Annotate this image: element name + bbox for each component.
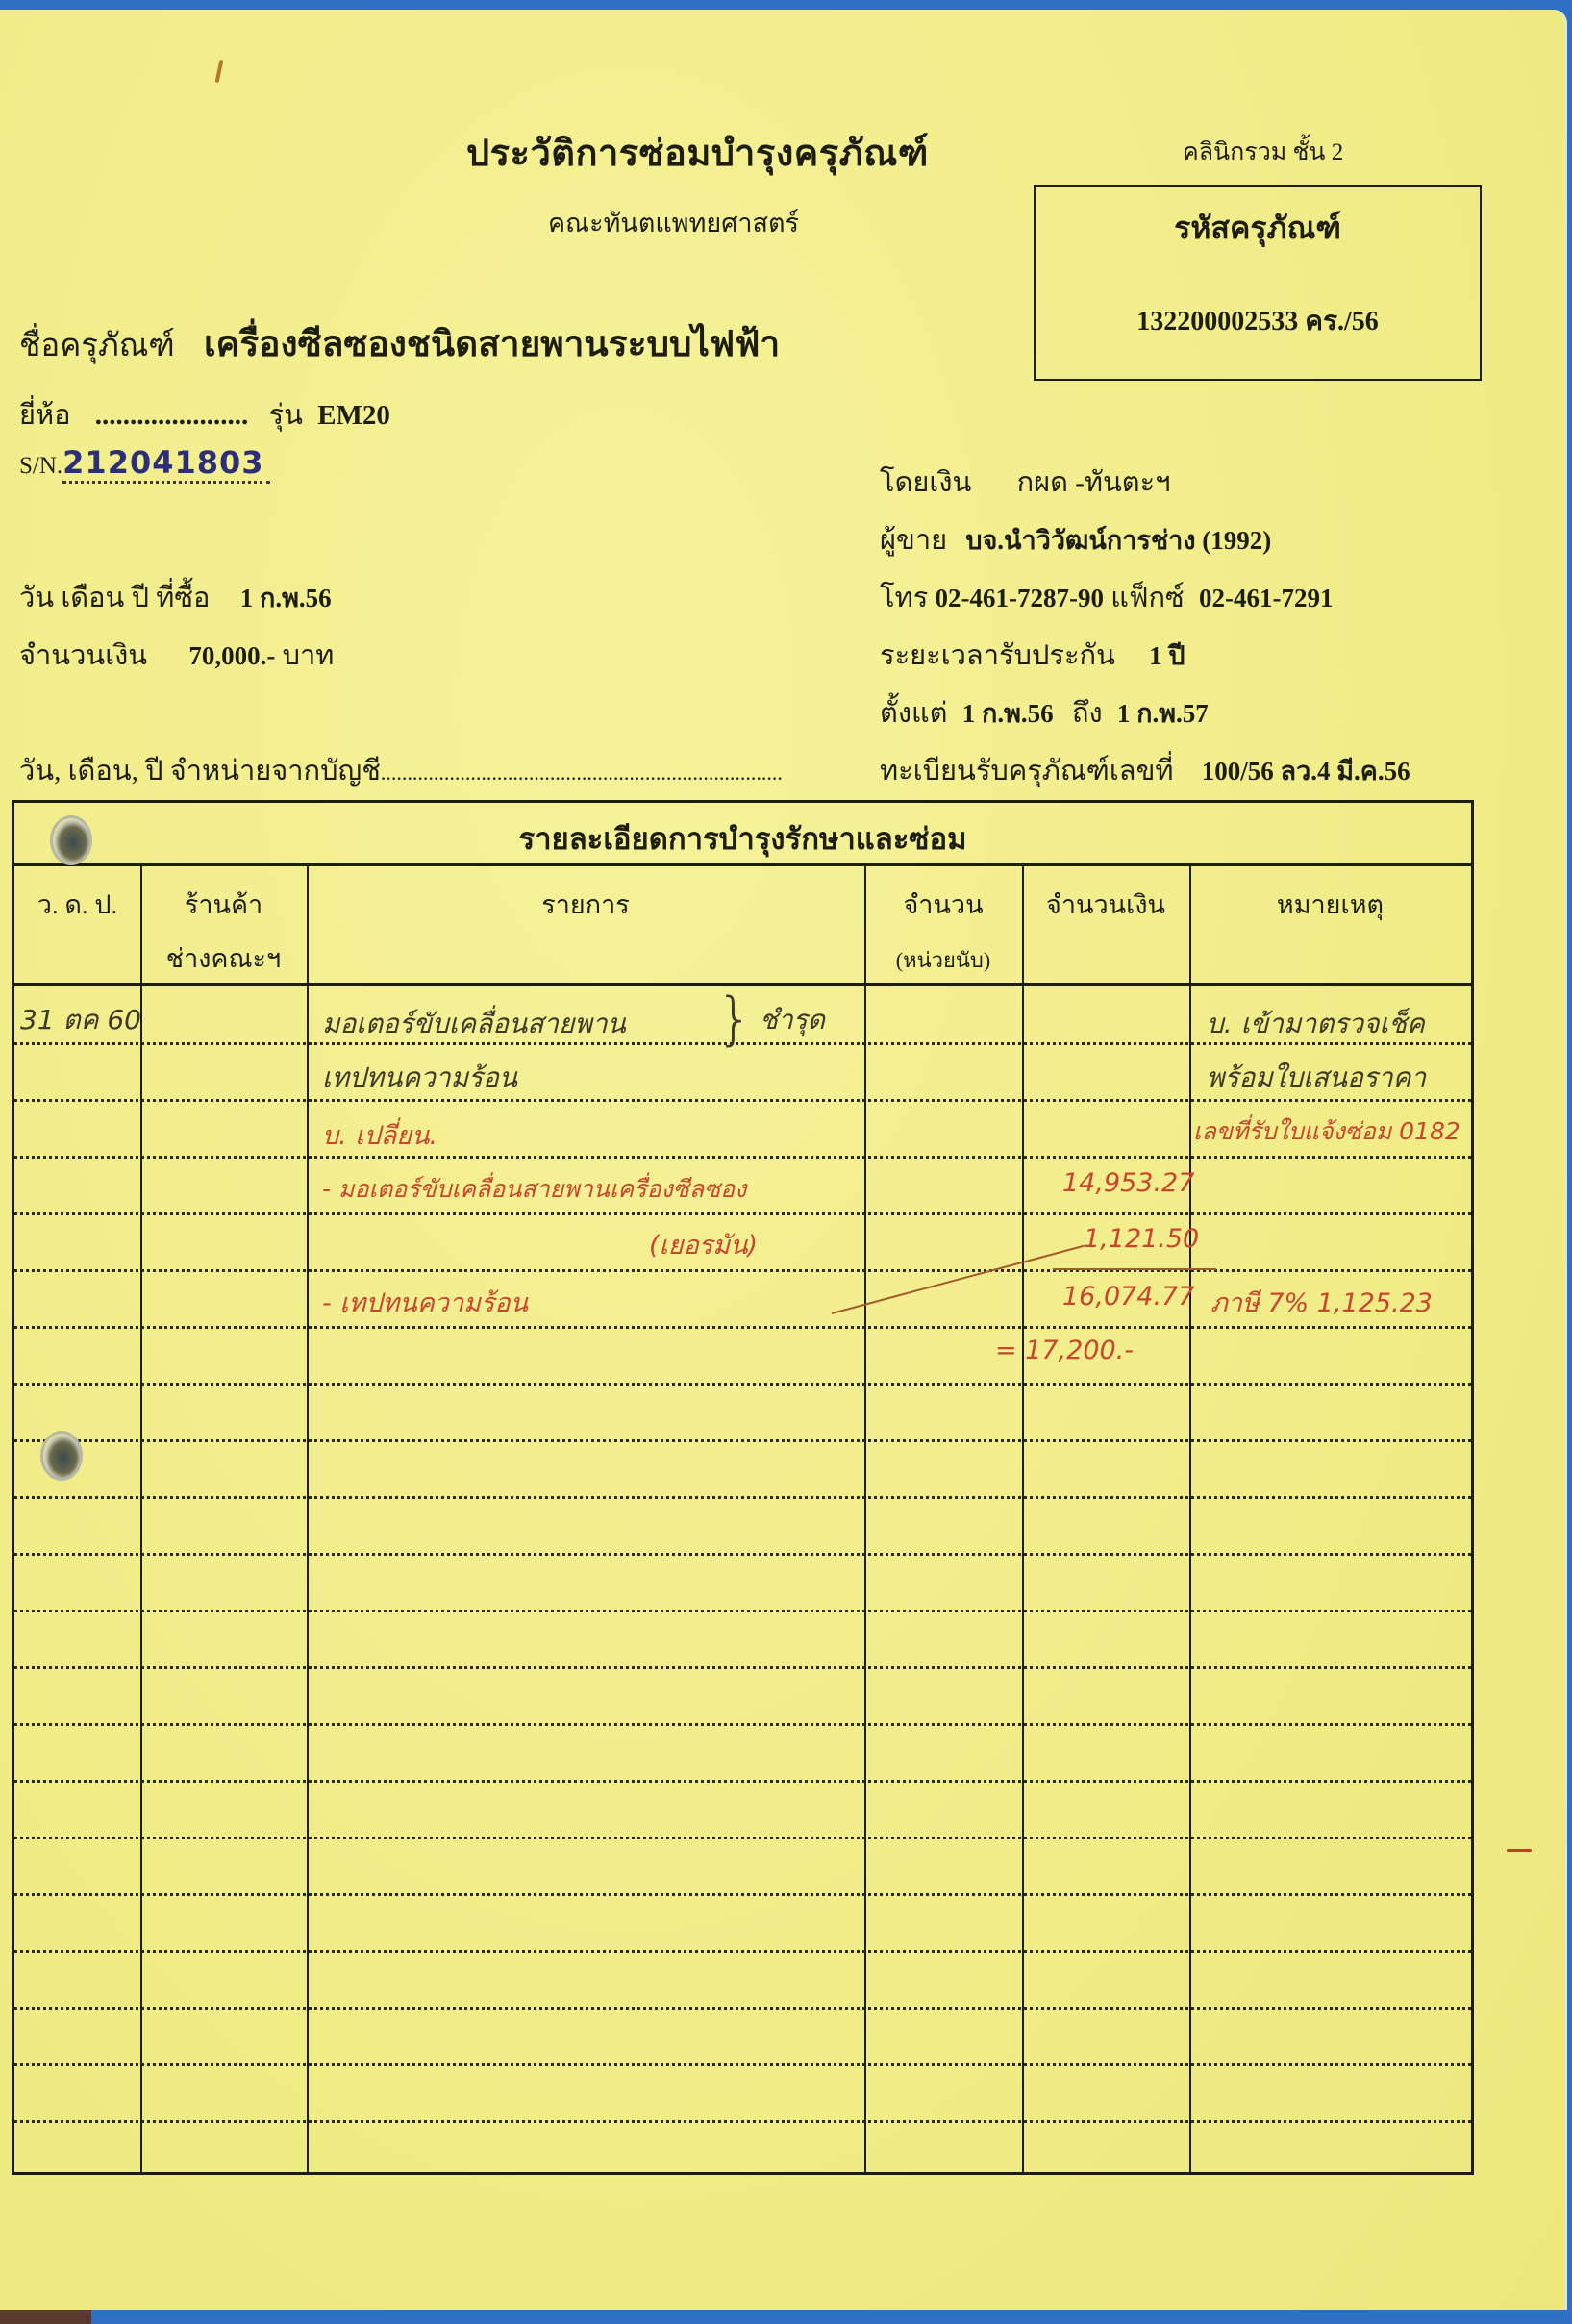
contact-row: โทร 02-461-7287-90 แฟ็กซ์ 02-461-7291 (880, 575, 1333, 619)
paper-stain (215, 60, 224, 83)
entry-amount: 1,121.50 (1084, 1224, 1199, 1254)
seller-value: บจ.นำวิวัฒน์การช่าง (1992) (965, 526, 1271, 555)
col-header-item: รายการ (307, 878, 864, 932)
funding-label: โดยเงิน (880, 467, 971, 498)
amount-label: จำนวนเงิน (19, 640, 147, 671)
disposal-value: ........................................… (381, 761, 783, 785)
row-divider (14, 1893, 1471, 1896)
fax-label: แฟ็กซ์ (1110, 583, 1184, 613)
col-header-amount: จำนวนเงิน (1022, 878, 1189, 932)
warranty-row: ระยะเวลารับประกัน 1 ปี (880, 633, 1185, 677)
row-divider (14, 1496, 1471, 1499)
row-divider (14, 1383, 1471, 1386)
warranty-from-value: 1 ก.พ.56 (962, 699, 1054, 728)
column-divider (140, 866, 142, 2172)
equipment-code-box: รหัสครุภัณฑ์ 132200002533 คร./56 (1034, 185, 1482, 381)
brace-icon: } (716, 986, 753, 1053)
column-header-row: ว. ด. ป. ร้านค้าช่างคณะฯ รายการ จำนวน(หน… (14, 866, 1471, 986)
col-header-shop: ร้านค้าช่างคณะฯ (140, 878, 307, 986)
pen-mark (1507, 1849, 1532, 1852)
entry-item-note: ชำรุด (760, 999, 825, 1041)
row-divider (14, 1156, 1471, 1159)
pen-stroke (832, 1245, 1085, 1314)
entry-amount: 16,074.77 (1062, 1282, 1194, 1312)
row-divider (14, 1439, 1471, 1442)
entry-remark: พร้อมใบเสนอราคา (1207, 1057, 1426, 1099)
registry-row: ทะเบียนรับครุภัณฑ์เลขที่ 100/56 ลว.4 มี.… (880, 748, 1410, 792)
disposal-label: วัน, เดือน, ปี จำหน่ายจากบัญชี (19, 756, 381, 787)
entry-amount-total: = 17,200.- (995, 1336, 1134, 1365)
form-title: ประวัติการซ่อมบำรุงครุภัณฑ์ (466, 123, 929, 182)
fax-value: 02-461-7291 (1199, 584, 1333, 612)
row-divider (14, 1837, 1471, 1839)
equipment-name-label: ชื่อครุภัณฑ์ (19, 329, 175, 363)
entry-remark: ภาษี 7% 1,125.23 (1210, 1282, 1433, 1323)
code-box-label: รหัสครุภัณฑ์ (1036, 204, 1480, 253)
entry-date: 31 ตค 60 (20, 999, 141, 1041)
registry-label: ทะเบียนรับครุภัณฑ์เลขที่ (880, 756, 1174, 787)
col-header-date: ว. ด. ป. (14, 878, 140, 932)
entry-remark: เลขที่รับใบแจ้งซ่อม 0182 (1193, 1112, 1460, 1151)
disposal-row: วัน, เดือน, ปี จำหน่ายจากบัญชี..........… (19, 748, 783, 792)
purchase-date-value: 1 ก.พ.56 (240, 584, 332, 612)
row-divider (14, 1099, 1471, 1102)
entry-item: - มอเตอร์ขับเคลื่อนสายพานเครื่องซีลซอง (322, 1170, 746, 1209)
warranty-value: 1 ปี (1149, 641, 1185, 670)
entry-item: เทปทนความร้อน (322, 1057, 517, 1099)
warranty-period-row: ตั้งแต่ 1 ก.พ.56 ถึง 1 ก.พ.57 (880, 690, 1209, 735)
row-divider (14, 1723, 1471, 1726)
entry-amount: 14,953.27 (1062, 1168, 1194, 1198)
row-divider (14, 2063, 1471, 2066)
row-divider (14, 1212, 1471, 1215)
purchase-date-row: วัน เดือน ปี ที่ซื้อ 1 ก.พ.56 (19, 575, 332, 619)
entry-item: บ. เปลี่ยน. (322, 1114, 437, 1156)
phone-value: 02-461-7287-90 (936, 584, 1104, 612)
brand-model-row: ยี่ห้อ ...................... รุ่น EM20 (19, 392, 390, 437)
model-label: รุ่น (269, 400, 303, 431)
warranty-label: ระยะเวลารับประกัน (880, 640, 1115, 671)
serial-number-label: S/N. (19, 453, 62, 479)
row-divider (14, 1553, 1471, 1556)
warranty-to-value: 1 ก.พ.57 (1117, 699, 1209, 728)
phone-label: โทร (880, 583, 928, 613)
equipment-code: 132200002533 คร./56 (1036, 300, 1480, 342)
table-title: รายละเอียดการบำรุงรักษาและซ่อม (14, 814, 1471, 862)
punch-hole (50, 815, 92, 865)
sum-underline (1053, 1268, 1216, 1270)
amount-row: จำนวนเงิน 70,000.- บาท (19, 633, 334, 677)
maintenance-table: รายละเอียดการบำรุงรักษาและซ่อม ว. ด. ป. … (12, 800, 1474, 2175)
punch-hole (40, 1431, 83, 1481)
column-divider (307, 866, 309, 2172)
maintenance-history-form: ประวัติการซ่อมบำรุงครุภัณฑ์ คณะทันตแพทยศ… (0, 10, 1565, 2310)
funding-value: กผด -ทันตะฯ (1017, 467, 1171, 498)
amount-unit: บาท (283, 640, 335, 671)
location-label: คลินิกรวม ชั้น 2 (1183, 133, 1343, 171)
entry-remark: บ. เข้ามาตรวจเช็ค (1207, 1003, 1425, 1045)
row-divider (14, 1666, 1471, 1669)
entry-item: (เยอรมัน) (649, 1224, 758, 1265)
equipment-name-row: ชื่อครุภัณฑ์ เครื่องซีลซองชนิดสายพานระบบ… (19, 315, 780, 372)
purchase-date-label: วัน เดือน ปี ที่ซื้อ (19, 583, 210, 613)
row-divider (14, 2007, 1471, 2010)
faculty-subtitle: คณะทันตแพทยศาสตร์ (548, 202, 799, 243)
equipment-name-value: เครื่องซีลซองชนิดสายพานระบบไฟฟ้า (204, 325, 780, 364)
brand-label: ยี่ห้อ (19, 400, 71, 431)
table-title-band: รายละเอียดการบำรุงรักษาและซ่อม (14, 803, 1471, 866)
registry-value: 100/56 ลว.4 มี.ค.56 (1202, 757, 1410, 786)
serial-number-row: S/N.212041803 (19, 444, 270, 484)
seller-label: ผู้ขาย (880, 525, 947, 556)
seller-row: ผู้ขาย บจ.นำวิวัฒน์การช่าง (1992) (880, 517, 1271, 562)
warranty-to-label: ถึง (1072, 698, 1103, 729)
col-header-remark: หมายเหตุ (1189, 878, 1471, 932)
row-divider (14, 1950, 1471, 1953)
col-header-quantity: จำนวน(หน่วยนับ) (864, 878, 1022, 987)
row-divider (14, 1780, 1471, 1783)
column-divider (1189, 866, 1191, 2172)
entry-item: มอเตอร์ขับเคลื่อนสายพาน (322, 1003, 626, 1045)
serial-number-value: 212041803 (62, 444, 269, 484)
amount-value: 70,000.- (188, 641, 275, 670)
brand-value: ...................... (95, 400, 249, 431)
funding-row: โดยเงิน กผด -ทันตะฯ (880, 460, 1171, 504)
column-divider (864, 866, 866, 2172)
row-divider (14, 1269, 1471, 1272)
column-divider (1022, 866, 1024, 2172)
row-divider (14, 1326, 1471, 1329)
model-value: EM20 (317, 400, 390, 431)
row-divider (14, 2120, 1471, 2123)
warranty-from-label: ตั้งแต่ (880, 698, 948, 729)
entry-item: - เทปทนความร้อน (322, 1282, 528, 1323)
row-divider (14, 1610, 1471, 1612)
